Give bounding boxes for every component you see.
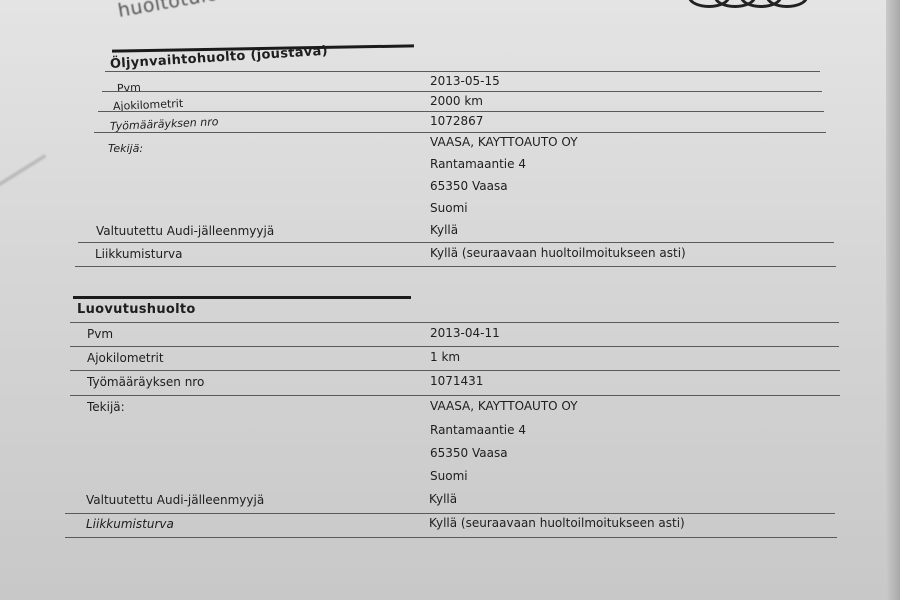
row-value-mobility-guarantee: Kyllä (seuraavaan huoltoilmoitukseen ast… [429,516,685,530]
row-label-work-order: Työmääräyksen nro [87,375,204,389]
row-divider [65,537,837,538]
row-label-date: Pvm [87,327,113,341]
row-value-performer-street: Rantamaantie 4 [430,423,526,437]
row-divider [70,370,840,371]
row-value-performer-name: VAASA, KAYTTOAUTO OY [430,399,578,413]
row-label-mileage: Ajokilometrit [87,351,164,365]
row-label-performer: Tekijä: [87,400,125,414]
row-value-mileage: 1 km [430,350,460,364]
row-value-date: 2013-04-11 [430,326,500,340]
row-divider [70,395,840,396]
row-value-authorized-dealer: Kyllä [429,492,457,506]
service-section-delivery: Luovutushuolto Pvm 2013-04-11 Ajokilomet… [0,0,900,600]
section-header-bar [73,296,411,299]
row-value-work-order: 1071431 [430,374,483,388]
row-divider [65,513,835,514]
section-title: Luovutushuolto [77,302,196,317]
row-value-performer-city: 65350 Vaasa [430,446,508,460]
row-divider [70,322,839,323]
row-label-mobility-guarantee: Liikkumisturva [86,517,174,531]
row-divider [70,346,839,347]
row-value-performer-country: Suomi [430,469,468,483]
row-label-authorized-dealer: Valtuutettu Audi-jälleenmyyjä [86,493,264,507]
